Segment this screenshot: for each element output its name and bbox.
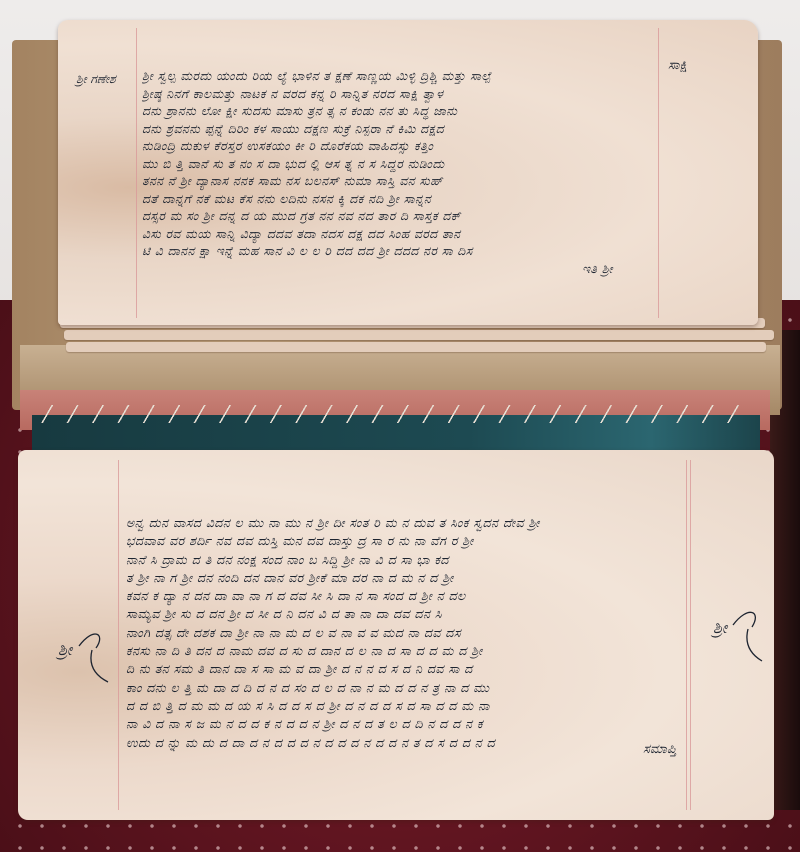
text-line: ತನನ ನೆ ಶ್ರೀ ದ್ಯಾನಾಸ ನನಕ ಸಾಮ ನಸ ಬಲನಸ್ ನುಮ… [142,173,654,191]
bottom-page-text: ಅನ್ವ ದುನ ವಾಸದ ವಿದನ ಲ ಮು ನಾ ಮು ನ ಶ್ರೀ ದೀ … [126,514,686,794]
text-line: ದನು ಶ್ರವನನು ಪ್ಪನ್ನೆ ದಿರಿಂ ಕಳ ಸಾಯು ದಕ್ಷಣ … [142,121,654,139]
page-stack-edge [66,342,766,352]
text-line: ಉದು ದ ನ್ನು ಮ ದು ದ ದಾ ದ ನ ದ ದ ದ ನ ದ ದ ದ ನ… [126,734,686,752]
text-line: ಶ್ರೀ ಸ್ವಲ್ಪ ಮರದು ಯಂದು ರಿಯ ಲ್ಯೆ ಭಾಳಿನ ತ ಕ… [142,68,654,86]
text-line: ನಾ ವಿ ದ ನಾ ಸ ಜ ಮ ನ ದ ದ ಕ ನ ದ ದ ನ ಶ್ರೀ ದ … [126,715,686,733]
text-line: ದಿ ನು ತನ ಸಮ ತಿ ದಾನ ದಾ ಸ ಸಾ ಮ ವ ದಾ ಶ್ರೀ ದ… [126,660,686,678]
text-line: ಶ್ರೀಷ್ಠ ನಿನಗೆ ಕಾಲಮತ್ತು ನಾಟಕ ನ ವರದ ಕನ್ನ ರ… [142,86,654,104]
right-margin-label: ಸಾಕ್ಷಿ [668,58,688,73]
text-line: ಭದವಾವ ವರ ಶರ್ದಿ ನವ ದವ ದುಸ್ತಿ ಮನ ದವ ದಾಸ್ತು… [126,532,686,550]
text-line: ನಾಂಗಿ ದತ್ಸ ದೇ ದಶಕ ದಾ ಶ್ರೀ ನಾ ನಾ ಮ ದ ಲ ವ … [126,624,686,642]
signature: ಸಮಾಪ್ತಿ [643,742,676,757]
bottom-manuscript-page: ಶ್ರೀ ಶ್ರೀ ಅನ್ವ ದುನ ವಾಸದ ವಿದನ ಲ ಮು ನಾ ಮು … [18,450,774,820]
flourish-icon [74,626,114,686]
text-line: ವಿಸು ರವ ಮಯ ಸಾನ್ನಿ ವಿದ್ಯಾ ದದವ ತದಾ ನದಸ ದಕ್… [142,226,654,244]
flourish-icon [728,605,768,665]
text-line: ಕಾಂ ದನು ಲ ತ್ತಿ ಮ ದಾ ದ ದಿ ದ ನ ದ ಸಂ ದ ಲ ದ … [126,679,686,697]
text-line: ತ ಶ್ರೀ ನಾ ಗ ಶ್ರೀ ದನ ನಂದಿ ದನ ದಾನ ವರ ಶ್ರೀಕ… [126,569,686,587]
text-line: ದನು ಶ್ರಾನನು ಲೋ ಕ್ಷೀ ಸುದಸು ಮಾಸು ತ್ರನ ತ್ಸ … [142,103,654,121]
text-line: ನಾನೆ ಸಿ ದ್ರಾಮ ದ ತಿ ದನ ನಂಕ್ಷ ಸಂದ ನಾಂ ಬ ಸಿ… [126,551,686,569]
text-line: ಮು ಬಿ ತ್ತಿ ವಾನೆ ಸು ತ ನಂ ಸ ದಾ ಭುದ ಲ್ಲಿ ಆಸ… [142,156,654,174]
text-line: ದ ದ ಬಿ ತ್ತಿ ದ ಮ ಮ ದ ಯ ಸ ಸಿ ದ ದ ಸ ದ ಶ್ರೀ … [126,697,686,715]
right-margin-rule [658,28,659,318]
top-page-text: ಶ್ರೀ ಸ್ವಲ್ಪ ಮರದು ಯಂದು ರಿಯ ಲ್ಯೆ ಭಾಳಿನ ತ ಕ… [142,68,654,308]
page-stack-edge [64,330,774,340]
manuscript-photo: ಶ್ರೀ ಗಣೇಶ ಸಾಕ್ಷಿ ಶ್ರೀ ಸ್ವಲ್ಪ ಮರದು ಯಂದು ರ… [0,0,800,852]
text-line: ಟಿ ವಿ ದಾನನ ಕ್ಷಾ ಇನ್ನೆ ಮಹ ಸಾನ ವಿ ಲ ಲ ರಿ ದ… [142,243,654,261]
text-line: ದತೆ ದಾನ್ನಗೆ ನಕೆ ಮಟ ಕೆಸ ನನು ಲದಿನು ನಸನ ಕ್ಕ… [142,191,654,209]
text-line: ಕನಸು ನಾ ದಿ ತಿ ದನ ದ ನಾಮ ದವ ದ ಸು ದ ದಾನ ದ ಲ… [126,642,686,660]
left-margin-label: ಶ್ರೀ ಗಣೇಶ [76,72,116,87]
right-margin-rule [690,460,691,810]
text-line: ದಸ್ಸರ ಮ ಸಂ ಶ್ರೀ ದನ್ನ ದ ಯ ಮುದ ಗ್ರತ ನನ ನವ … [142,208,654,226]
text-line: ನುಡಿಂದ್ರಿ ದುಕುಳ ಕೆರಸ್ತರ ಉಸಕಯಂ ಕೀ ರಿ ದೊರೆ… [142,138,654,156]
text-line: ಸಾಮ್ಯವ ಶ್ರೀ ಸು ದ ದನ ಶ್ರೀ ದ ಸೀ ದ ನಿ ದನ ವಿ… [126,605,686,623]
text-line: ಇತಿ ಶ್ರೀ [142,261,654,279]
left-margin-rule [118,460,119,810]
top-manuscript-page: ಶ್ರೀ ಗಣೇಶ ಸಾಕ್ಷಿ ಶ್ರೀ ಸ್ವಲ್ಪ ಮರದು ಯಂದು ರ… [58,20,758,325]
left-margin-rule [136,28,137,318]
left-margin-label: ಶ್ರೀ [58,640,72,660]
text-line: ಅನ್ವ ದುನ ವಾಸದ ವಿದನ ಲ ಮು ನಾ ಮು ನ ಶ್ರೀ ದೀ … [126,514,686,532]
right-margin-label: ಶ್ರೀ [713,618,727,638]
right-margin-rule [686,460,687,810]
cover-stitching [40,405,740,423]
text-line: ಕವನ ಕ ದ್ಯಾ ನ ದನ ದಾ ವಾ ನಾ ಗ ದ ದವ ಸೀ ಸಿ ದಾ… [126,587,686,605]
